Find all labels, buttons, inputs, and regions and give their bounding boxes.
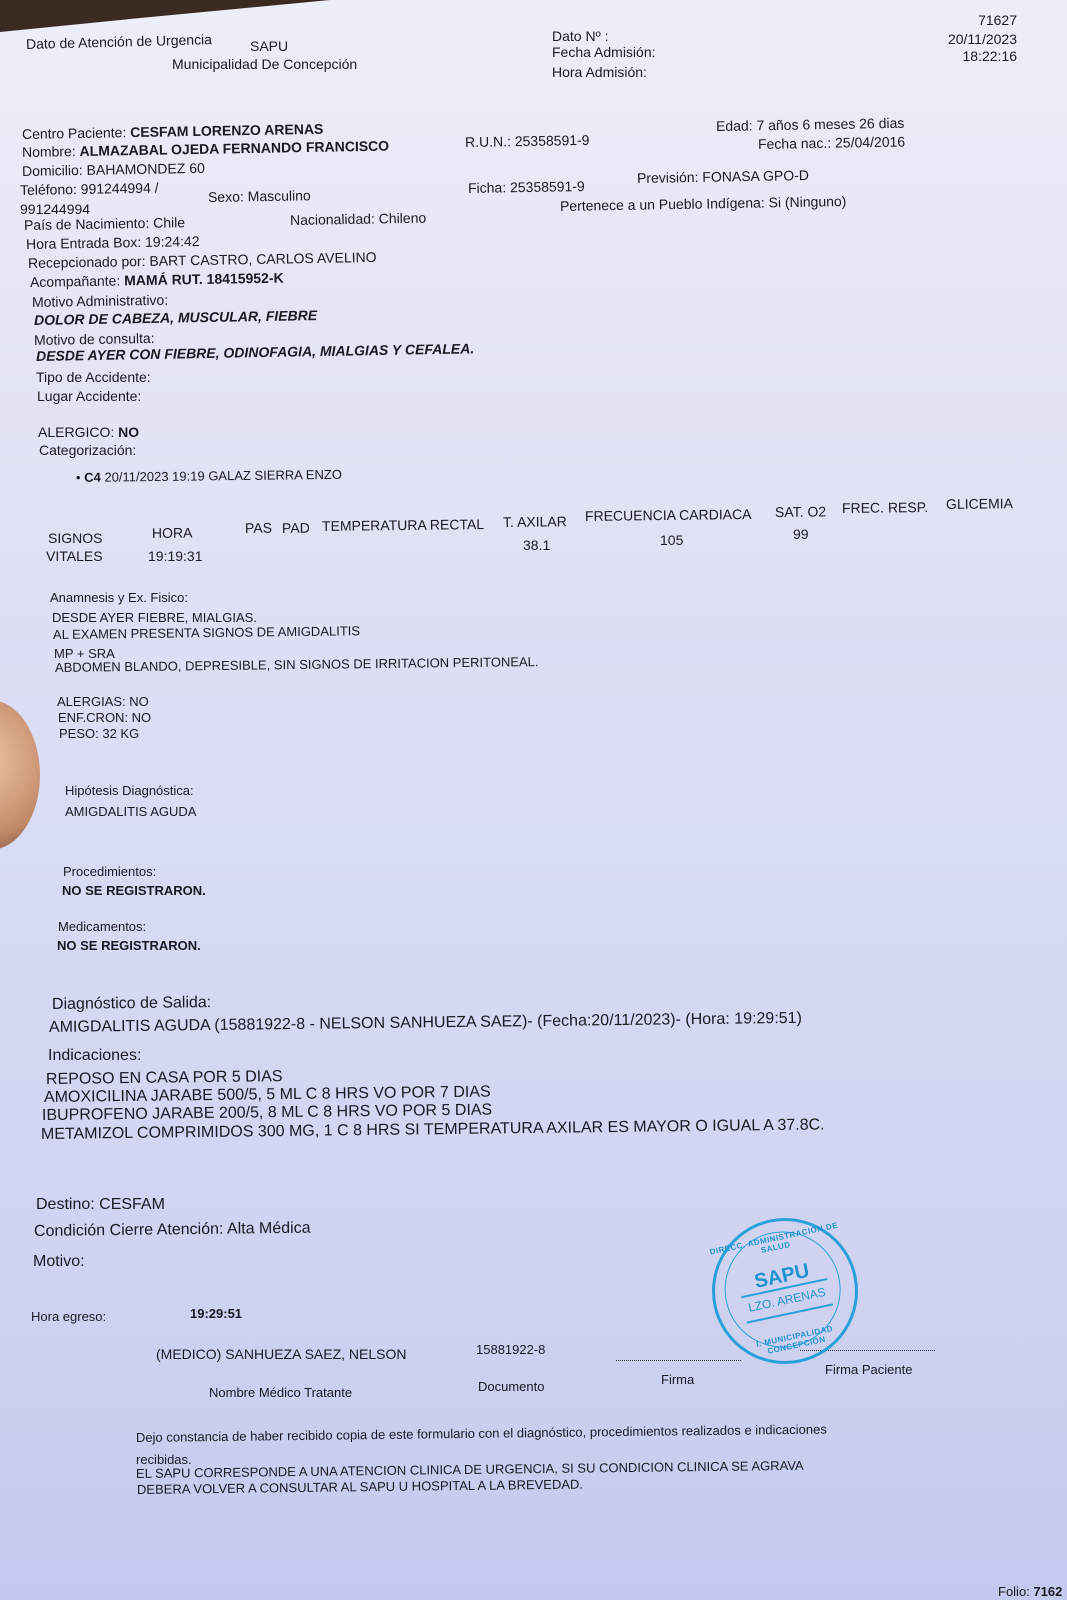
hora-admision-value: 18:22:16 bbox=[963, 48, 1018, 64]
telefono-2: 991244994 bbox=[20, 201, 90, 217]
hora-egreso-value: 19:29:51 bbox=[190, 1306, 242, 1322]
peso-line: PESO: 32 KG bbox=[59, 726, 139, 742]
hipotesis-label: Hipótesis Diagnóstica: bbox=[65, 783, 194, 799]
dato-value: 71627 bbox=[978, 12, 1017, 28]
edad: Edad: 7 años 6 meses 26 dias bbox=[716, 115, 905, 134]
anamnesis-label: Anamnesis y Ex. Fisico: bbox=[50, 590, 188, 606]
medicamentos-value: NO SE REGISTRARON. bbox=[57, 938, 201, 954]
vitals-header-pas: PAS bbox=[245, 520, 272, 536]
hipotesis-value: AMIGDALITIS AGUDA bbox=[65, 804, 196, 820]
municipality-name: Municipalidad De Concepción bbox=[172, 56, 357, 72]
alergico: ALERGICO: NO bbox=[38, 424, 139, 440]
motivo-administrativo-label: Motivo Administrativo: bbox=[32, 292, 168, 310]
vitals-row-label-2: VITALES bbox=[46, 548, 103, 564]
institution-name: SAPU bbox=[250, 38, 288, 54]
nombre-medico-label: Nombre Médico Tratante bbox=[209, 1385, 352, 1401]
run: R.U.N.: 25358591-9 bbox=[465, 132, 590, 150]
folio: Folio: 7162 bbox=[998, 1584, 1062, 1600]
prevision: Previsión: FONASA GPO-D bbox=[637, 167, 809, 186]
vitals-header-pad: PAD bbox=[282, 520, 310, 536]
anamnesis-line: DESDE AYER FIEBRE, MIALGIAS. bbox=[52, 610, 257, 626]
medicamentos-label: Medicamentos: bbox=[58, 919, 146, 935]
vitals-header-frec-resp: FREC. RESP. bbox=[842, 499, 928, 516]
fecha-nacimiento: Fecha nac.: 25/04/2016 bbox=[758, 133, 905, 152]
diagnostico-salida-label: Diagnóstico de Salida: bbox=[52, 993, 211, 1014]
telefono: Teléfono: 991244994 / bbox=[20, 180, 159, 198]
vitals-hora-value: 19:19:31 bbox=[148, 548, 203, 564]
tipo-accidente-label: Tipo de Accidente: bbox=[36, 369, 151, 385]
vitals-frec-cardiaca-value: 105 bbox=[660, 532, 683, 548]
dato-label: Dato Nº : bbox=[552, 28, 608, 44]
nacionalidad: Nacionalidad: Chileno bbox=[290, 210, 426, 228]
vitals-header-glicemia: GLICEMIA bbox=[946, 495, 1013, 512]
lugar-accidente-label: Lugar Accidente: bbox=[37, 388, 141, 404]
firma-paciente-label: Firma Paciente bbox=[825, 1362, 912, 1378]
vitals-sat-o2-value: 99 bbox=[793, 526, 809, 542]
categorizacion-entry: • C4 20/11/2023 19:19 GALAZ SIERRA ENZO bbox=[76, 467, 342, 486]
vitals-row-label-1: SIGNOS bbox=[48, 530, 102, 546]
procedimientos-value: NO SE REGISTRARON. bbox=[62, 883, 206, 899]
firma-line bbox=[616, 1360, 741, 1361]
ficha: Ficha: 25358591-9 bbox=[468, 178, 585, 196]
destino: Destino: CESFAM bbox=[36, 1195, 165, 1214]
vitals-header-temp-rectal: TEMPERATURA RECTAL bbox=[322, 516, 484, 534]
pais-nacimiento: País de Nacimiento: Chile bbox=[24, 214, 185, 233]
vitals-header-t-axilar: T. AXILAR bbox=[503, 513, 567, 530]
fecha-admision-value: 20/11/2023 bbox=[948, 31, 1017, 47]
vitals-t-axilar-value: 38.1 bbox=[523, 537, 550, 553]
procedimientos-label: Procedimientos: bbox=[63, 864, 156, 880]
categorizacion-label: Categorización: bbox=[39, 442, 136, 458]
indicaciones-label: Indicaciones: bbox=[48, 1046, 141, 1065]
condicion-cierre: Condición Cierre Atención: Alta Médica bbox=[34, 1219, 311, 1241]
alergias-line: ALERGIAS: NO bbox=[57, 694, 149, 710]
medico-nombre: (MEDICO) SANHUEZA SAEZ, NELSON bbox=[156, 1346, 406, 1362]
enf-cron-line: ENF.CRON: NO bbox=[58, 710, 151, 726]
fecha-admision-label: Fecha Admisión: bbox=[552, 44, 656, 60]
domicilio: Domicilio: BAHAMONDEZ 60 bbox=[22, 160, 205, 179]
documento-label: Documento bbox=[478, 1379, 544, 1395]
motivo-cierre: Motivo: bbox=[33, 1252, 85, 1271]
hora-entrada-box: Hora Entrada Box: 19:24:42 bbox=[26, 233, 200, 252]
sexo: Sexo: Masculino bbox=[208, 187, 311, 205]
hora-admision-label: Hora Admisión: bbox=[552, 64, 647, 80]
hora-egreso-label: Hora egreso: bbox=[31, 1309, 106, 1325]
firma-label: Firma bbox=[661, 1372, 694, 1388]
medico-documento: 15881922-8 bbox=[476, 1342, 545, 1358]
vitals-header-hora: HORA bbox=[152, 525, 193, 541]
vitals-header-sat-o2: SAT. O2 bbox=[775, 503, 826, 520]
vitals-header-frec-cardiaca: FRECUENCIA CARDIACA bbox=[585, 506, 752, 524]
